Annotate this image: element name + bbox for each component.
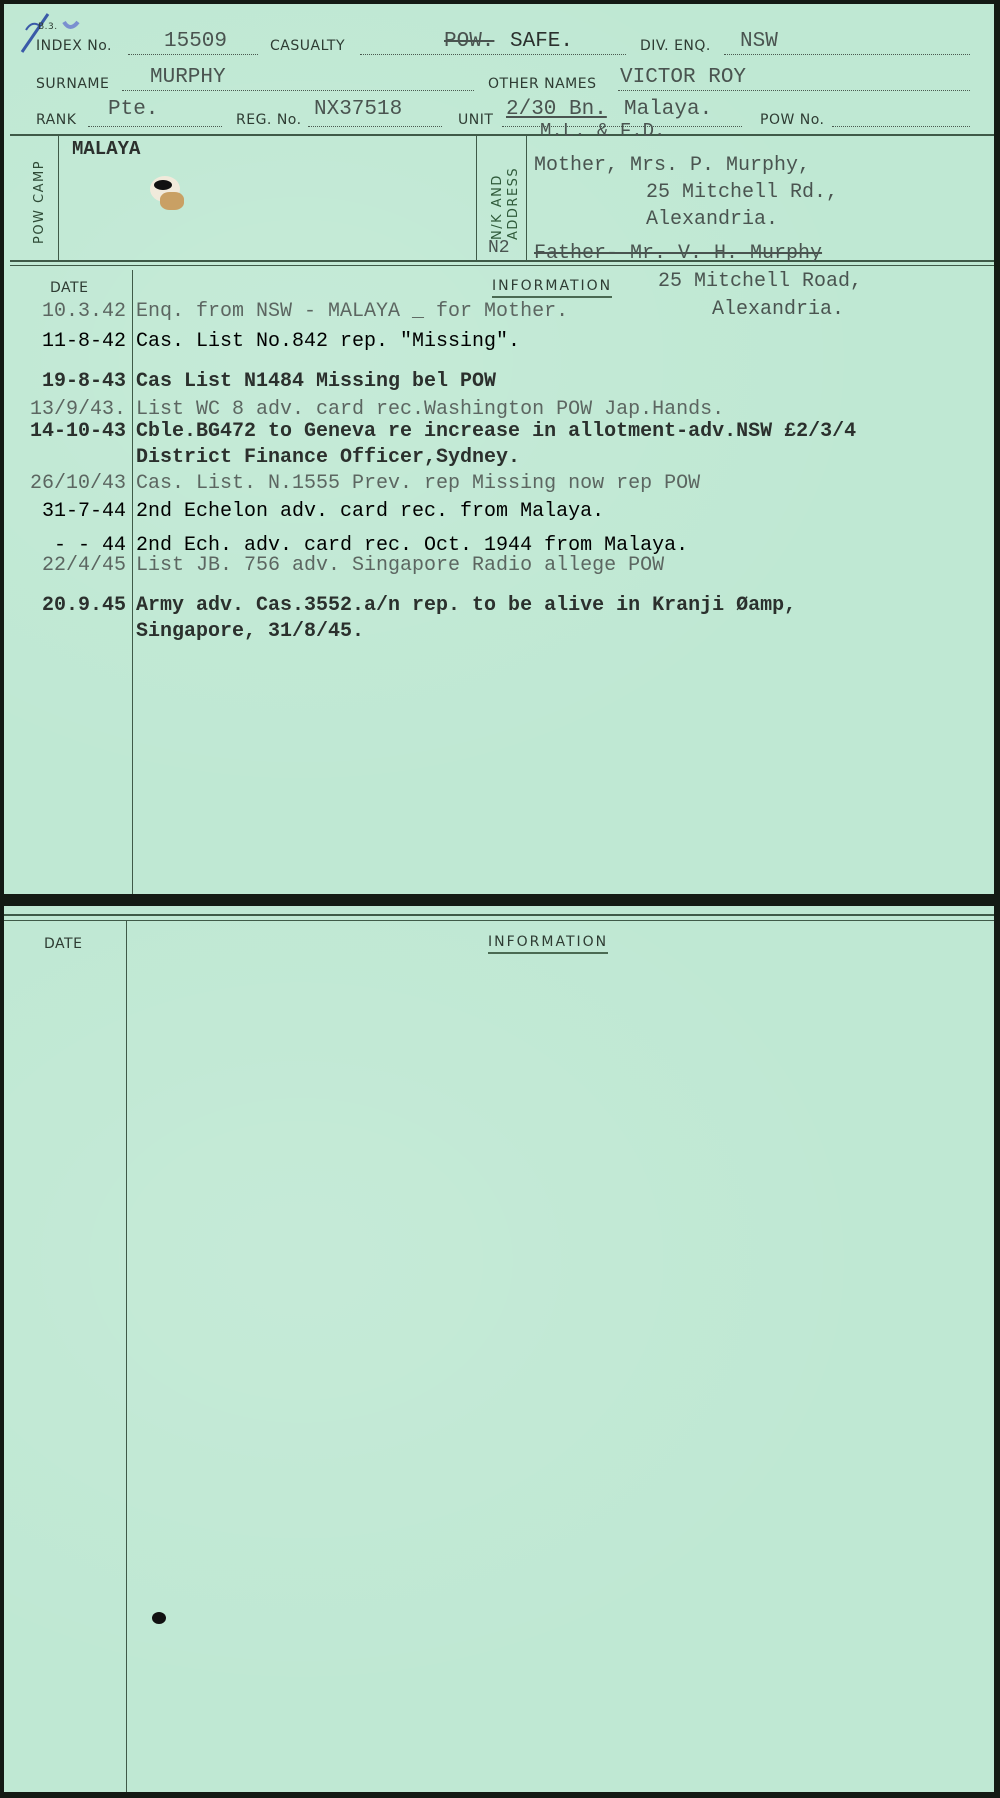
reg-no-line (308, 126, 442, 127)
entry-date: 10.3.42 (4, 300, 126, 323)
entry-info: Singapore, 31/8/45. (136, 620, 364, 643)
entry-date: 26/10/43 (4, 472, 126, 495)
rule-nk-left (476, 134, 477, 262)
index-no-value: 15509 (164, 30, 227, 53)
index-card-front: B.3. INDEX No. 15509 CASUALTY POW. SAFE.… (4, 4, 994, 894)
entry-date: 20.9.45 (4, 594, 126, 617)
pow-camp-label: POW CAMP (32, 160, 47, 244)
nk-label-line2: ADDRESS (506, 167, 521, 240)
nk-label-line1: N/K AND (490, 174, 505, 240)
entry-info: Cas. List. N.1555 Prev. rep Missing now … (136, 472, 700, 495)
date-header: DATE (50, 280, 88, 296)
nk-father-line2: 25 Mitchell Road, (658, 270, 862, 293)
casualty-line (360, 54, 626, 55)
reg-no-label: REG. No. (236, 112, 302, 128)
punch-hole-dark (154, 180, 172, 190)
rule-reverse-top-2 (4, 920, 994, 921)
rule-pow-camp (58, 134, 59, 262)
entry-info: Cble.BG472 to Geneva re increase in allo… (136, 420, 856, 443)
entry-info: List WC 8 adv. card rec.Washington POW J… (136, 398, 724, 421)
entry-date: 13/9/43. (4, 398, 126, 421)
entry-info: Army adv. Cas.3552.a/n rep. to be alive … (136, 594, 796, 617)
entry-date: 19-8-43 (4, 370, 126, 393)
entry-info: 2nd Echelon adv. card rec. from Malaya. (136, 500, 604, 523)
div-enq-line (724, 54, 970, 55)
unit-value: Malaya. (624, 98, 712, 121)
entry-info: List JB. 756 adv. Singapore Radio allege… (136, 554, 664, 577)
casualty-value: SAFE. (510, 30, 573, 53)
nk-note: M.L. & F.D. (540, 120, 665, 142)
nk-marker: N2 (488, 238, 510, 258)
nk-father-line3: Alexandria. (712, 298, 844, 321)
surname-label: SURNAME (36, 76, 109, 92)
rule-reverse-date-column (126, 920, 127, 1792)
rank-label: RANK (36, 112, 76, 128)
entry-date: 14-10-43 (4, 420, 126, 443)
stain (160, 192, 184, 210)
rule-block-top (10, 134, 994, 136)
entry-date: 31-7-44 (4, 500, 126, 523)
surname-value: MURPHY (150, 66, 226, 89)
rank-value: Pte. (108, 98, 158, 121)
rule-nk-right (526, 134, 527, 262)
rule-reverse-top-1 (4, 914, 994, 916)
entry-info: Cas. List No.842 rep. "Missing". (136, 330, 520, 353)
pow-no-label: POW No. (760, 112, 825, 128)
rule-block-bottom-2 (10, 265, 994, 266)
nk-father-line1: Father- Mr. V. H. Murphy (534, 242, 822, 265)
unit-label: UNIT (458, 112, 493, 128)
other-names-value: VICTOR ROY (620, 66, 746, 89)
entry-date: 22/4/45 (4, 554, 126, 577)
casualty-label: CASUALTY (270, 38, 345, 54)
index-card-reverse: DATE INFORMATION (4, 906, 994, 1792)
other-names-label: OTHER NAMES (488, 76, 596, 92)
reverse-date-header: DATE (44, 936, 82, 952)
reg-no-value: NX37518 (314, 98, 402, 121)
rule-date-column (132, 270, 133, 894)
unit-value-underlined: 2/30 Bn. (506, 98, 607, 121)
entry-info: Cas List N1484 Missing bel POW (136, 370, 496, 393)
index-no-label: INDEX No. (36, 38, 112, 54)
nk-mother-line3: Alexandria. (646, 208, 778, 231)
nk-mother-line1: Mother, Mrs. P. Murphy, (534, 154, 810, 177)
other-names-line (618, 90, 970, 91)
casualty-struck-value: POW. (444, 30, 494, 53)
rule-block-bottom-1 (10, 260, 994, 262)
form-code: B.3. (38, 22, 58, 32)
div-enq-label: DIV. ENQ. (640, 38, 711, 54)
div-enq-value: NSW (740, 30, 778, 53)
pow-no-line (832, 126, 970, 127)
pow-camp-value: MALAYA (72, 138, 140, 160)
rank-line (88, 126, 222, 127)
information-header: INFORMATION (492, 278, 612, 298)
index-no-line (128, 54, 258, 55)
reverse-information-header: INFORMATION (488, 934, 608, 954)
surname-line (122, 90, 474, 91)
entry-info: Enq. from NSW - MALAYA _ for Mother. (136, 300, 568, 323)
entry-date: 11-8-42 (4, 330, 126, 353)
entry-info: District Finance Officer,Sydney. (136, 446, 520, 469)
ink-blot (152, 1612, 166, 1624)
nk-mother-line2: 25 Mitchell Rd., (646, 181, 838, 204)
